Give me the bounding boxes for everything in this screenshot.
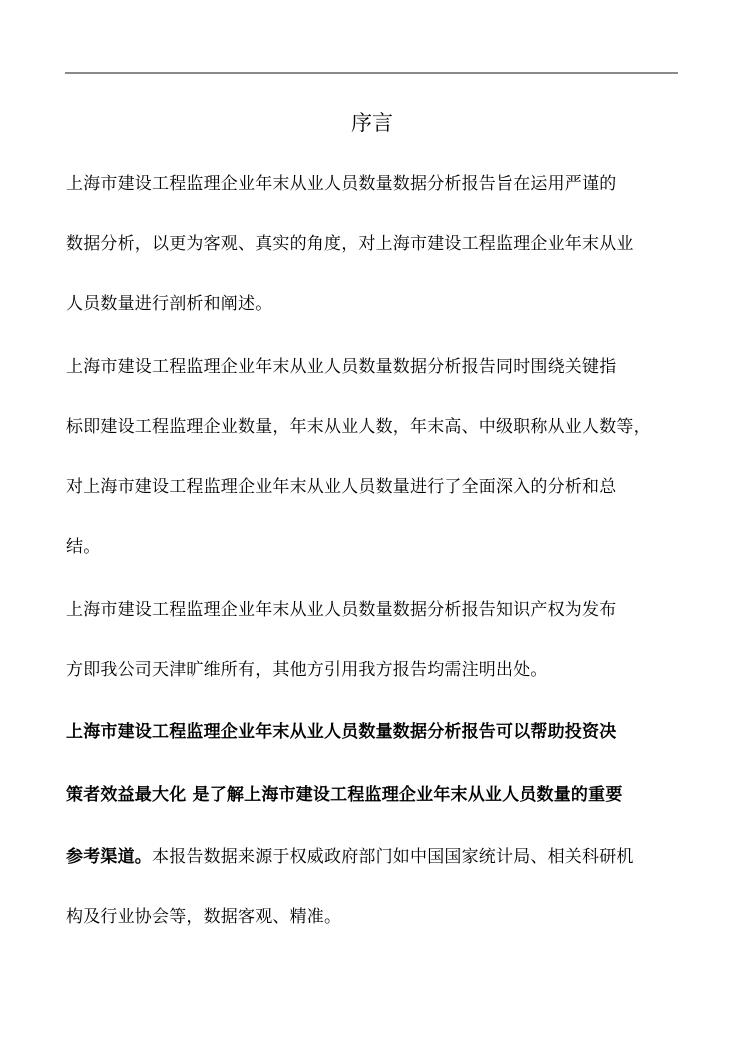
text-line: 数据分析，以更为客观、真实的角度，对上海市建设工程监理企业年末从业 [66,232,634,256]
text-line: 方即我公司天津旷维所有，其他方引用我方报告均需注明出处。 [66,658,548,682]
text-line: 对上海市建设工程监理企业年末从业人员数量进行了全面深入的分析和总 [66,475,616,499]
text-line: 构及行业协会等，数据客观、精准。 [66,905,341,929]
text-span: 本报告数据来源于权威政府部门如中国国家统计局、相关科研机 [152,847,634,867]
text-line-bold: 策者效益最大化 是了解上海市建设工程监理企业年末从业人员数量的重要 [66,783,623,807]
text-line: 上海市建设工程监理企业年末从业人员数量数据分析报告同时围绕关键指 [66,355,616,379]
text-line: 人员数量进行剖析和阐述。 [66,292,272,316]
text-line: 结。 [66,535,100,559]
text-line: 标即建设工程监理企业数量，年末从业人数，年末高、中级职称从业人数等， [66,415,651,439]
text-line: 上海市建设工程监理企业年末从业人员数量数据分析报告旨在运用严谨的 [66,172,616,196]
text-line: 上海市建设工程监理企业年末从业人员数量数据分析报告知识产权为发布 [66,598,616,622]
bold-phrase: 参考渠道。 [66,847,152,867]
text-line-bold: 上海市建设工程监理企业年末从业人员数量数据分析报告可以帮助投资决 [66,720,616,744]
page-title: 序言 [0,108,744,138]
text-line: 参考渠道。本报告数据来源于权威政府部门如中国国家统计局、相关科研机 [66,845,634,869]
header-rule [65,72,678,74]
